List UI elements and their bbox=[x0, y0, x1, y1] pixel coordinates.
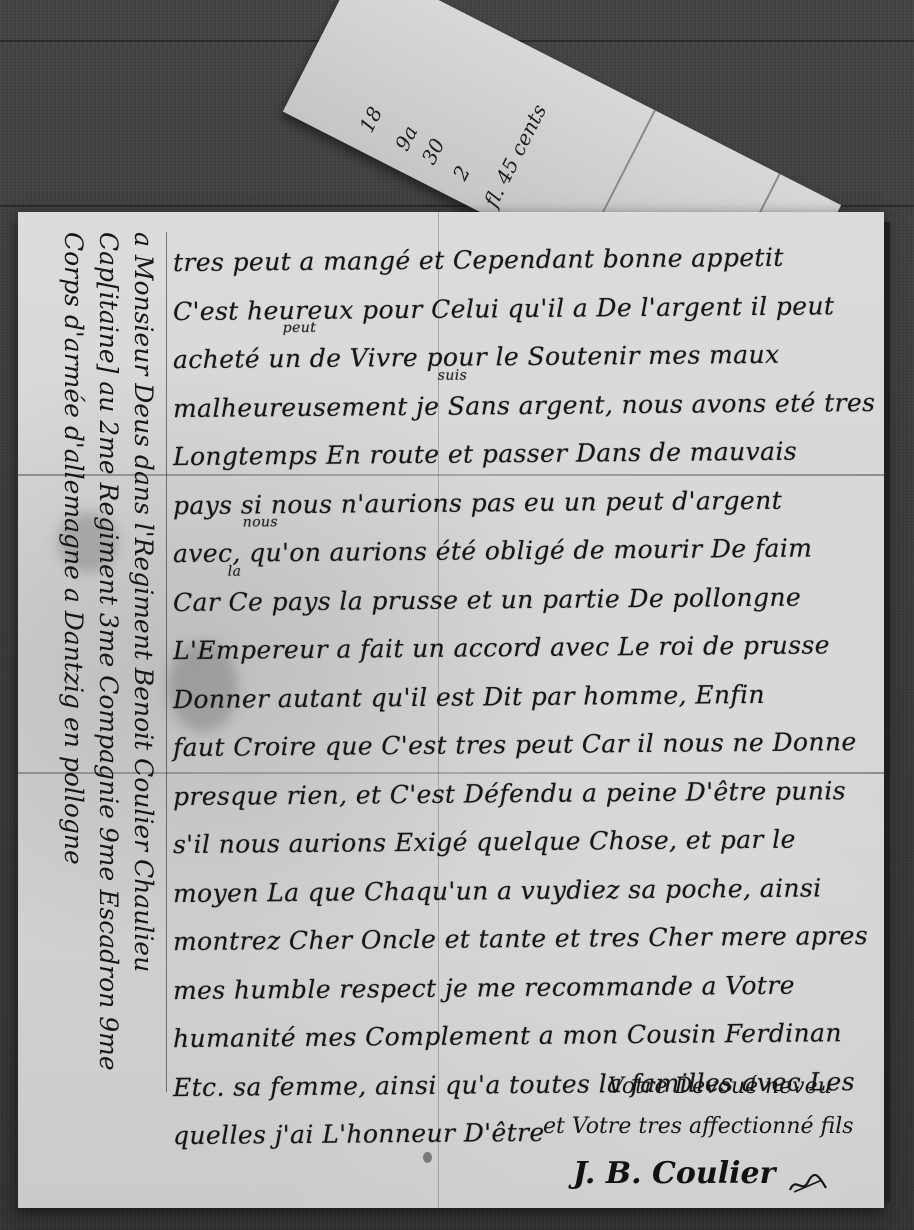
letter-line: C'est heureux pour Celui qu'il a De l'ar… bbox=[173, 281, 883, 336]
slip-note: 18 bbox=[354, 103, 387, 137]
address-line: a Monsieur Deus dans l'Regiment Benoit C… bbox=[129, 232, 158, 972]
letter-line: s'il nous aurions Exigé quelque Chose, e… bbox=[173, 815, 883, 870]
interlinear-insertion: la bbox=[228, 564, 242, 578]
letter-line: suismalheureusement je Sans argent, nous… bbox=[173, 378, 883, 433]
slip-note: 30 bbox=[417, 135, 450, 169]
closing-line: Votre Devoué neveu bbox=[608, 1074, 832, 1099]
interlinear-insertion: suis bbox=[438, 368, 468, 382]
letter-line: moyen La que Chaqu'un a vuydiez sa poche… bbox=[173, 863, 883, 918]
address-block: a Monsieur Deus dans l'Regiment Benoit C… bbox=[28, 232, 168, 1112]
letter-line: faut Croire que C'est tres peut Car il n… bbox=[173, 718, 883, 773]
letter-line: L'Empereur a fait un accord avec Le roi … bbox=[173, 621, 883, 676]
address-line: Cap[itaine] au 2me Regiment 3me Compagni… bbox=[94, 232, 123, 1071]
signature: J. B. Coulier bbox=[573, 1156, 775, 1191]
interlinear-insertion: nous bbox=[243, 515, 278, 529]
letter-line: tres peut a mangé et Cependant bonne app… bbox=[173, 233, 883, 288]
page-edge-shadow bbox=[884, 222, 890, 1202]
letter-line: laCar Ce pays la prusse et un partie De … bbox=[173, 572, 883, 627]
slip-note: 2 bbox=[448, 162, 475, 184]
letter-line: humanité mes Complement a mon Cousin Fer… bbox=[173, 1009, 883, 1064]
letter-line: mes humble respect je me recommande a Vo… bbox=[173, 960, 883, 1015]
signature-flourish-icon bbox=[788, 1172, 828, 1196]
closing-line: et Votre tres affectionné fils bbox=[543, 1114, 854, 1139]
slip-note: fl. 45 cents bbox=[479, 100, 551, 211]
letter-line: nousavec, qu'on aurions été obligé de mo… bbox=[173, 524, 883, 579]
letter-body: tres peut a mangé et Cependant bonne app… bbox=[173, 236, 883, 1158]
letter-line: Donner autant qu'il est Dit par homme, E… bbox=[173, 669, 883, 724]
letter-line: Longtemps En route et passer Dans de mau… bbox=[173, 427, 883, 482]
letter-line: peutacheté un de Vivre pour le Soutenir … bbox=[173, 330, 883, 385]
letter-line: pays si nous n'aurions pas eu un peut d'… bbox=[173, 475, 883, 530]
letter-line: presque rien, et C'est Défendu a peine D… bbox=[173, 766, 883, 821]
interlinear-insertion: peut bbox=[283, 321, 317, 335]
letter-page: a Monsieur Deus dans l'Regiment Benoit C… bbox=[18, 212, 884, 1208]
slip-note: 9a bbox=[390, 122, 423, 155]
letter-line: montrez Cher Oncle et tante et tres Cher… bbox=[173, 912, 883, 967]
address-line: Corps d'armée d'allemagne a Dantzig en p… bbox=[59, 232, 88, 865]
